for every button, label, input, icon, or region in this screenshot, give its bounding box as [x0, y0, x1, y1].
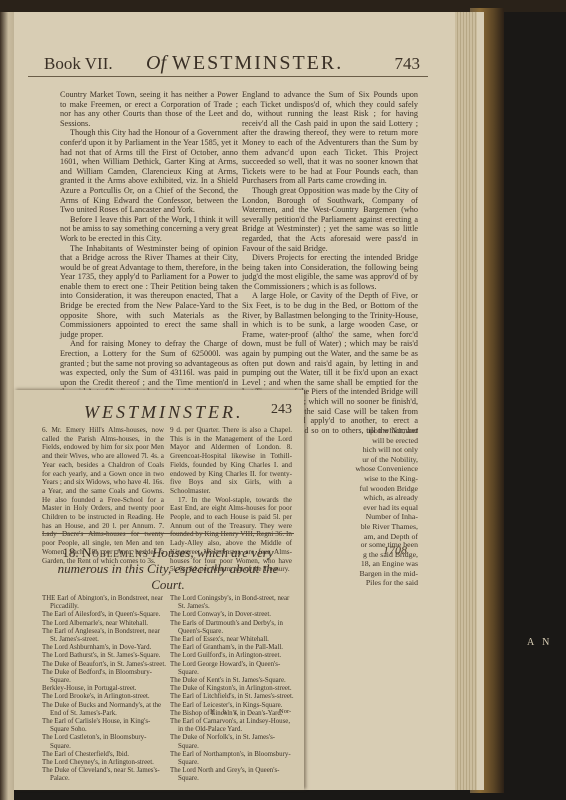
fragment-line: Bargen in the mid-: [300, 569, 418, 579]
fragment-line: 18, an Engine was: [300, 559, 418, 569]
list-item: The Lord George Howard's, in Queen's-Squ…: [170, 661, 294, 677]
fragment-line: hich will not only: [300, 445, 418, 455]
text-fragment-upper: upon which, and will be erected hich wil…: [300, 426, 418, 541]
title-prefix: Of: [146, 52, 166, 74]
paragraph: Though great Opposition was made by the …: [242, 186, 418, 253]
paragraph: Divers Projects for erecting the intende…: [242, 253, 418, 291]
divider: [42, 533, 294, 534]
book-label: Book VII.: [44, 54, 113, 74]
paragraph: Country Market Town, seeing it has neith…: [60, 90, 238, 128]
paragraph: England to advance the Sum of Six Pounds…: [242, 90, 418, 186]
paragraph: The Inhabitants of Westminster being of …: [60, 244, 238, 340]
fragment-line: ful wooden Bridge: [300, 484, 418, 494]
list-item: The Earls of Dartmouth's and Derby's, in…: [170, 620, 294, 636]
list-item: The Earl of Carlisle's House, in King's-…: [42, 718, 166, 734]
handwritten-margin-note: 1708: [383, 543, 407, 558]
list-item: The Lord Albemarle's, near Whitehall.: [42, 620, 166, 628]
list-item: The Earl of Chesterfield's, Ibid.: [42, 751, 166, 759]
list-item: Berkley-House, in Portugal-street.: [42, 685, 166, 693]
fragment-line: ever had its equal: [300, 503, 418, 513]
inset-running-title: WESTMINSTER.: [84, 402, 244, 423]
list-item: The Duke of Bedford's, in Bloomsbury-Squ…: [42, 669, 166, 685]
title-text: WESTMINSTER.: [172, 52, 343, 74]
list-item: The Duke of Norfolk's, in St. James's-Sq…: [170, 734, 294, 750]
catchword: Nor-: [279, 708, 291, 715]
list-item: The Lord Conway's, in Dover-street.: [170, 611, 294, 619]
fragment-line: will be erected: [300, 436, 418, 446]
fragment-line: ble River Thames,: [300, 522, 418, 532]
section-number: 18.: [62, 545, 78, 560]
list-item: THE Earl of Abington's, in Bondstreet, n…: [42, 595, 166, 611]
list-item: The Earl of Carnarvon's, at Lindsey-Hous…: [170, 718, 294, 734]
list-item: The Lord Brooke's, in Arlington-street.: [42, 693, 166, 701]
list-item: The Duke of Beaufort's, in St. James's-s…: [42, 661, 166, 669]
list-item: The Lord Castleton's, in Bloomsbury-Squa…: [42, 734, 166, 750]
noblemen-list-left: THE Earl of Abington's, in Bondstreet, n…: [42, 595, 166, 784]
fragment-line: which, as already: [300, 493, 418, 503]
inset-page-number: 243: [271, 402, 292, 418]
noblemen-list-right: The Lord Coningsby's, in Bond-street, ne…: [170, 595, 294, 784]
list-item: The Earl of Grantham's, in the Pall-Mall…: [170, 644, 294, 652]
list-item: The Lord North and Grey's, in Queen's-Sq…: [170, 767, 294, 783]
list-item: The Lord Bathurst's, in St. James's-Squa…: [42, 652, 166, 660]
page-edges: [455, 12, 477, 790]
list-item: The Earl of Ailesford's, in Queen's-Squa…: [42, 611, 166, 619]
list-item: The Earl of Northampton's, in Bloomsbury…: [170, 751, 294, 767]
fragment-line: ur of the Nobility,: [300, 455, 418, 465]
paragraph: 9 d. per Quarter. There is also a Chapel…: [170, 426, 292, 496]
section-heading: 18. Noblemens Houses, which are very num…: [42, 545, 294, 593]
list-item: The Duke of Cleveland's, near St. James'…: [42, 767, 166, 783]
list-item: The Lord Guilford's, in Arlington-street…: [170, 652, 294, 660]
list-item: The Earl of Anglesea's, in Bondstreet, n…: [42, 628, 166, 644]
fragment-line: wise to the King-: [300, 474, 418, 484]
fragment-line: Piles for the said: [300, 578, 418, 588]
edge-catchword: A N: [527, 637, 552, 648]
fragment-line: upon which, and: [300, 426, 418, 436]
list-item: The Lord Coningsby's, in Bond-street, ne…: [170, 595, 294, 611]
running-title: OfWESTMINSTER.: [146, 52, 343, 75]
page-header: Book VII. OfWESTMINSTER. 743: [28, 46, 428, 77]
section-smallcaps: Noblemens: [82, 545, 149, 560]
signature-mark: H h z: [210, 708, 240, 716]
list-item: The Earl of Essex's, near Whitehall.: [170, 636, 294, 644]
list-item: The Duke of Kingston's, in Arlington-str…: [170, 685, 294, 693]
paragraph: Though this City had the Honour of a Gov…: [60, 128, 238, 214]
fragment-line: whose Convenience: [300, 464, 418, 474]
inset-page: WESTMINSTER. 243 6. Mr. Emery Hill's Alm…: [14, 390, 304, 790]
left-page-edge: [0, 0, 14, 800]
list-item: The Lord Ashburnham's, in Dove-Yard.: [42, 644, 166, 652]
list-item: The Lord Cheyney's, in Arlington-street.: [42, 759, 166, 767]
list-item: The Duke of Bucks and Normandy's, at the…: [42, 702, 166, 718]
list-item: The Duke of Kent's in St. James's-Square…: [170, 677, 294, 685]
paragraph: Before I leave this Part of the Work, I …: [60, 215, 238, 244]
list-item: The Earl of Litchfield's, in St. James's…: [170, 693, 294, 701]
fragment-line: Number of Inha-: [300, 512, 418, 522]
page-number: 743: [395, 54, 421, 74]
